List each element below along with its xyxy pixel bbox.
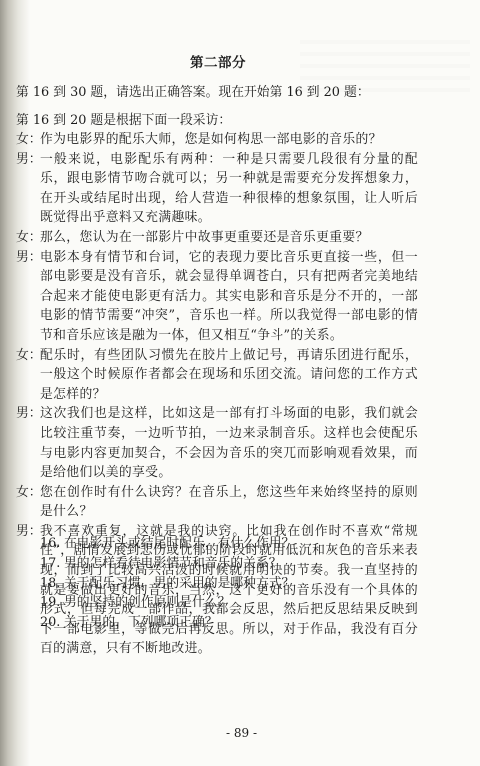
dialogue-turn: 女： 作为电影界的配乐大师，您是如何构思一部电影的音乐的？ (16, 130, 418, 150)
question-number: 18. (40, 574, 64, 594)
dialogue-turn: 男： 一般来说，电影配乐有两种：一种是只需要几段很有分量的配乐，跟电影情节吻合就… (16, 150, 418, 228)
question-item: 17.男的怎样看待电影情节和音乐的关系？ (40, 554, 294, 574)
utterance-text: 电影本身有情节和台词，它的表现力要比音乐更直接一些，但一部电影要是没有音乐，就会… (40, 248, 418, 346)
dialogue-turn: 女： 那么，您认为在一部影片中故事更重要还是音乐更重要？ (16, 228, 418, 248)
question-text: 在电影开头或结尾时配乐，有什么作用？ (64, 536, 294, 551)
utterance-text: 您在创作时有什么诀窍？在音乐上，您这些年来始终坚持的原则是什么？ (40, 483, 418, 522)
instruction-line: 第 16 到 20 题是根据下面一段采访： (16, 109, 231, 128)
speaker-label: 女： (16, 346, 40, 405)
dialogue-turn: 男： 电影本身有情节和台词，它的表现力要比音乐更直接一些，但一部电影要是没有音乐… (16, 248, 418, 346)
dialogue-turn: 女： 您在创作时有什么诀窍？在音乐上，您这些年来始终坚持的原则是什么？ (16, 483, 418, 522)
speaker-label: 男： (16, 522, 40, 659)
question-list: 16.在电影开头或结尾时配乐，有什么作用？ 17.男的怎样看待电影情节和音乐的关… (40, 534, 294, 633)
dialogue-turn: 男： 这次我们也是这样，比如这是一部有打斗场面的电影，我们就会比较注重节奏，一边… (16, 404, 418, 482)
question-text: 男的怎样看待电影情节和音乐的关系？ (64, 556, 282, 571)
question-number: 17. (40, 554, 64, 574)
question-text: 关于男的，下列哪项正确？ (64, 615, 218, 630)
speaker-label: 女： (16, 228, 40, 248)
dialogue-turn: 女： 配乐时，有些团队习惯先在胶片上做记号，再请乐团进行配乐，一般这个时候原作者… (16, 346, 418, 405)
utterance-text: 那么，您认为在一部影片中故事更重要还是音乐更重要？ (40, 228, 418, 248)
utterance-text: 作为电影界的配乐大师，您是如何构思一部电影的音乐的？ (40, 130, 418, 150)
question-item: 16.在电影开头或结尾时配乐，有什么作用？ (40, 534, 294, 554)
speaker-label: 女： (16, 130, 40, 150)
question-text: 男的坚持的创作原则是什么？ (64, 595, 230, 610)
question-number: 19. (40, 593, 64, 613)
instruction-line: 第 16 到 30 题，请选出正确答案。现在开始第 16 到 20 题： (16, 81, 370, 100)
question-item: 19.男的坚持的创作原则是什么？ (40, 593, 294, 613)
utterance-text: 一般来说，电影配乐有两种：一种是只需要几段很有分量的配乐，跟电影情节吻合就可以；… (40, 150, 418, 228)
question-item: 20.关于男的，下列哪项正确？ (40, 613, 294, 633)
speaker-label: 男： (16, 248, 40, 346)
speaker-label: 女： (16, 483, 40, 522)
question-item: 18.关于配乐习惯，男的采用的是哪种方式？ (40, 574, 294, 594)
speaker-label: 男： (16, 404, 40, 482)
question-number: 20. (40, 613, 64, 633)
utterance-text: 这次我们也是这样，比如这是一部有打斗场面的电影，我们就会比较注重节奏，一边听节拍… (40, 404, 418, 482)
utterance-text: 配乐时，有些团队习惯先在胶片上做记号，再请乐团进行配乐，一般这个时候原作者都会在… (40, 346, 418, 405)
section-title: 第二部分 (190, 51, 246, 71)
page-number: - 89 - (226, 726, 257, 740)
question-number: 16. (40, 534, 64, 554)
question-text: 关于配乐习惯，男的采用的是哪种方式？ (64, 576, 294, 591)
speaker-label: 男： (16, 150, 40, 228)
